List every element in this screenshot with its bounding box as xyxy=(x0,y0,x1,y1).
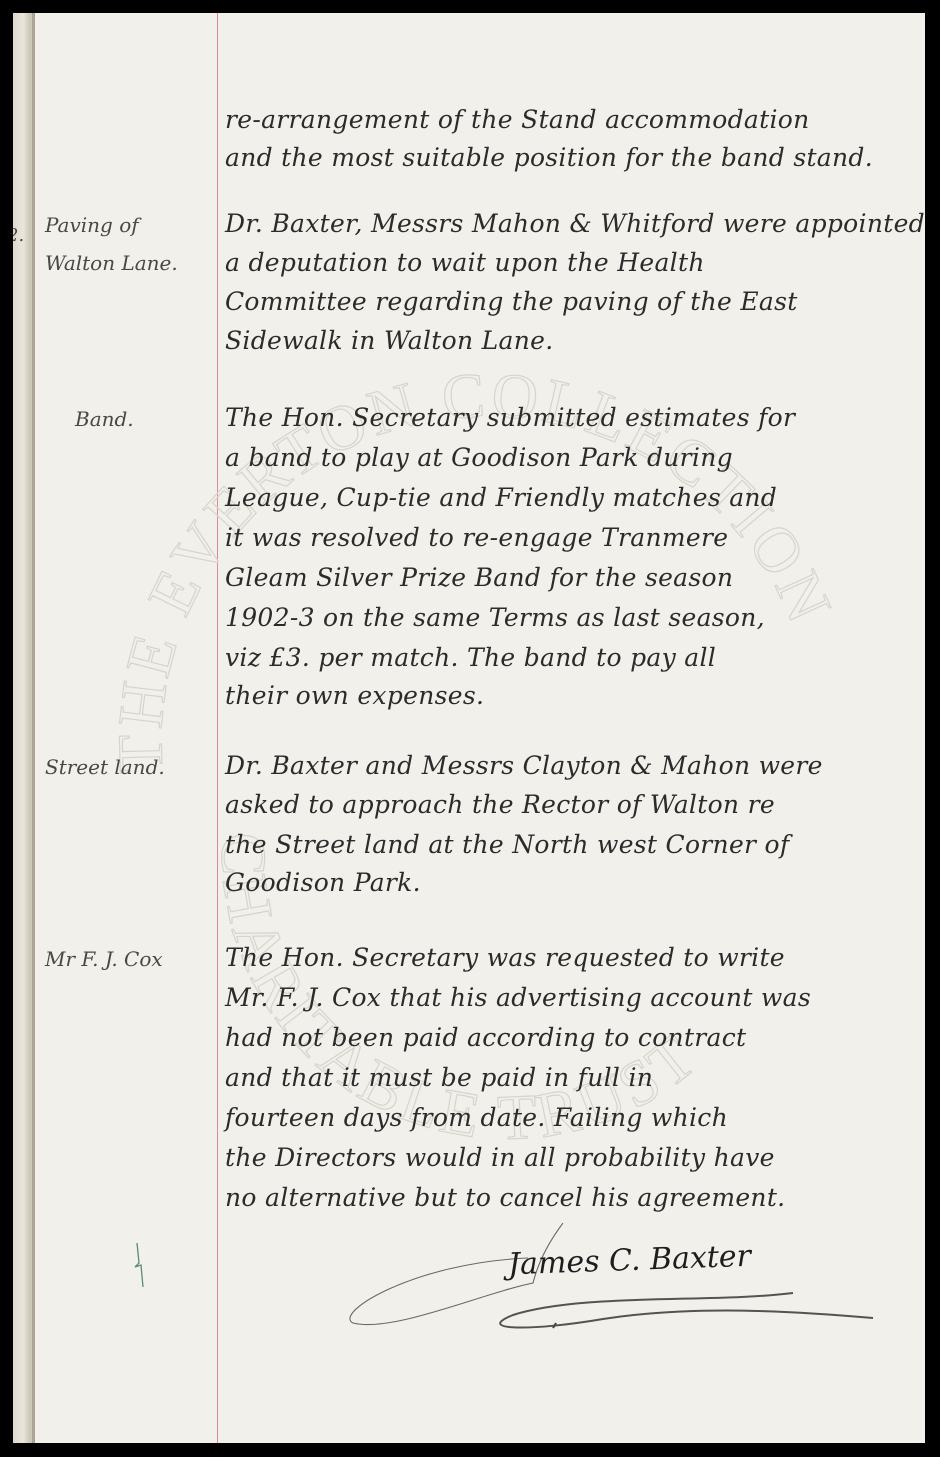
minute-cox-line-6: the Directors would in all probability h… xyxy=(225,1143,775,1173)
minute-band-line-6: 1902-3 on the same Terms as last season, xyxy=(225,603,765,633)
minute-heading-cox: Mr F. J. Cox xyxy=(45,945,163,973)
red-margin-rule xyxy=(217,13,218,1443)
green-tick-mark xyxy=(131,1241,151,1291)
minute-band-line-3: League, Cup-tie and Friendly matches and xyxy=(225,483,777,513)
minute-band-line-7: viz £3. per match. The band to pay all xyxy=(225,643,716,673)
minute-paving-line-1: Dr. Baxter, Messrs Mahon & Whitford were… xyxy=(225,209,925,239)
minute-cox-line-4: and that it must be paid in full in xyxy=(225,1063,653,1093)
minute-street-line-3: the Street land at the North west Corner… xyxy=(225,830,789,860)
continuation-line-2: and the most suitable position for the b… xyxy=(225,143,873,173)
minute-paving-line-4: Sidewalk in Walton Lane. xyxy=(225,326,553,356)
minute-cox-line-7: no alternative but to cancel his agreeme… xyxy=(225,1183,785,1213)
minute-paving-line-2: a deputation to wait upon the Health xyxy=(225,248,705,278)
minute-cox-line-5: fourteen days from date. Failing which xyxy=(225,1103,728,1133)
continuation-line-1: re-arrangement of the Stand accommodatio… xyxy=(225,105,810,135)
ledger-page: THE EVERTON COLLECTION CHARITABLE TRUST … xyxy=(13,13,925,1443)
minute-band-line-4: it was resolved to re-engage Tranmere xyxy=(225,523,728,553)
minute-band-line-2: a band to play at Goodison Park during xyxy=(225,443,733,473)
minute-street-line-4: Goodison Park. xyxy=(225,868,421,898)
minute-cox-line-1: The Hon. Secretary was requested to writ… xyxy=(225,943,785,973)
minute-heading-band: Band. xyxy=(75,405,134,433)
minute-heading-paving-1: Paving of xyxy=(45,211,139,239)
minute-heading-street-land: Street land. xyxy=(45,753,165,781)
minute-cox-line-2: Mr. F. J. Cox that his advertising accou… xyxy=(225,983,811,1013)
binding-rule xyxy=(32,13,35,1443)
minute-band-line-5: Gleam Silver Prize Band for the season xyxy=(225,563,733,593)
minute-street-line-1: Dr. Baxter and Messrs Clayton & Mahon we… xyxy=(225,751,823,781)
minute-band-line-1: The Hon. Secretary submitted estimates f… xyxy=(225,403,795,433)
signature-block: James C. Baxter xyxy=(333,1223,893,1333)
minute-street-line-2: asked to approach the Rector of Walton r… xyxy=(225,790,775,820)
minute-cox-line-3: had not been paid according to contract xyxy=(225,1023,746,1053)
minute-band-line-8: their own expenses. xyxy=(225,681,484,711)
minute-heading-paving-2: Walton Lane. xyxy=(45,249,178,277)
margin-number-fragment: 2. xyxy=(13,225,24,246)
minute-paving-line-3: Committee regarding the paving of the Ea… xyxy=(225,287,798,317)
